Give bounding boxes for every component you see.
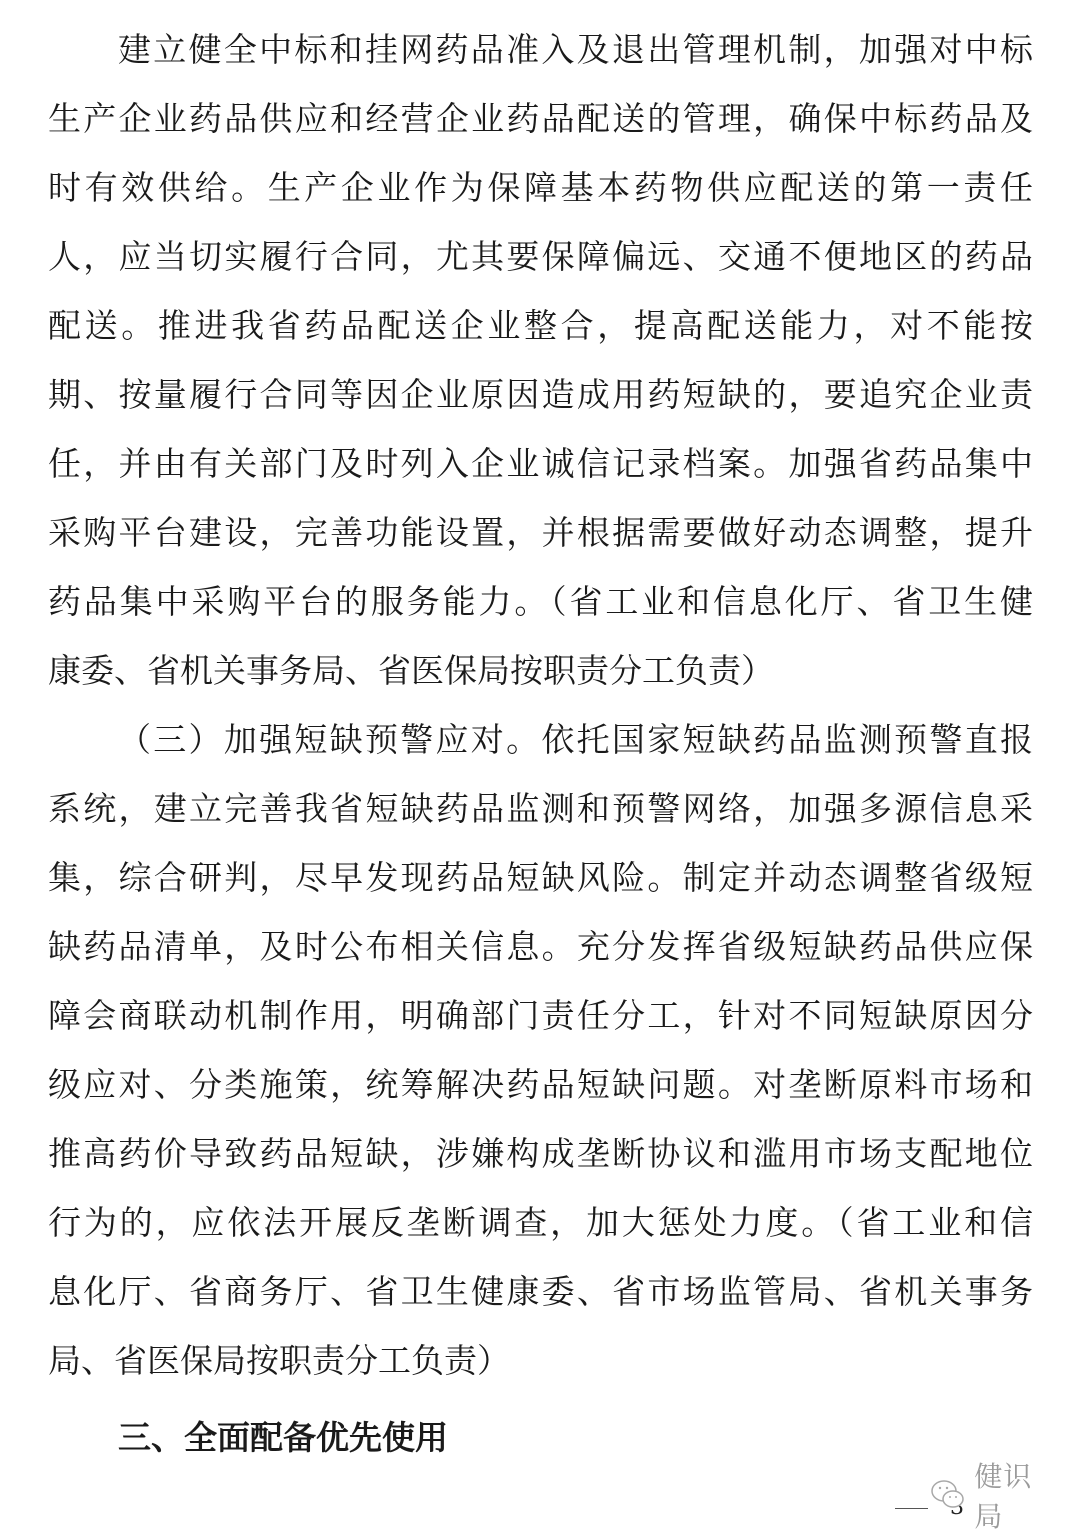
text-line: 障会商联动机制作用，明确部门责任分工，针对不同短缺原因分: [48, 986, 1033, 1046]
text-line: 集，综合研判，尽早发现药品短缺风险。制定并动态调整省级短: [48, 848, 1033, 908]
text-line: 期、按量履行合同等因企业原因造成用药短缺的，要追究企业责: [48, 365, 1033, 425]
wechat-icon: [928, 1475, 968, 1515]
text-line: （三）加强短缺预警应对。依托国家短缺药品监测预警直报: [118, 710, 1033, 770]
watermark-text: 健识局: [974, 1455, 1055, 1535]
text-line: 级应对、分类施策，统筹解决药品短缺问题。对垄断原料市场和: [48, 1055, 1033, 1115]
text-line: 建立健全中标和挂网药品准入及退出管理机制，加强对中标: [118, 20, 1033, 80]
text-line: 人，应当切实履行合同，尤其要保障偏远、交通不便地区的药品: [48, 227, 1033, 287]
text-line: 康委、省机关事务局、省医保局按职责分工负责）: [48, 641, 1033, 701]
text-line: 时有效供给。生产企业作为保障基本药物供应配送的第一责任: [48, 158, 1033, 218]
text-line: 配送。推进我省药品配送企业整合，提高配送能力，对不能按: [48, 296, 1033, 356]
document-page: 建立健全中标和挂网药品准入及退出管理机制，加强对中标 生产企业药品供应和经营企业…: [0, 0, 1080, 1536]
section-heading: 三、全面配备优先使用: [118, 1408, 1033, 1468]
text-line: 生产企业药品供应和经营企业药品配送的管理，确保中标药品及: [48, 89, 1033, 149]
text-line: 缺药品清单，及时公布相关信息。充分发挥省级短缺药品供应保: [48, 917, 1033, 977]
text-line: 息化厅、省商务厅、省卫生健康委、省市场监管局、省机关事务: [48, 1262, 1033, 1322]
footer-rule: [895, 1508, 928, 1509]
text-line: 局、省医保局按职责分工负责）: [48, 1331, 1033, 1391]
text-line: 采购平台建设，完善功能设置，并根据需要做好动态调整，提升: [48, 503, 1033, 563]
text-line: 任，并由有关部门及时列入企业诚信记录档案。加强省药品集中: [48, 434, 1033, 494]
text-line: 药品集中采购平台的服务能力。（省工业和信息化厅、省卫生健: [48, 572, 1033, 632]
text-line: 推高药价导致药品短缺，涉嫌构成垄断协议和滥用市场支配地位: [48, 1124, 1033, 1184]
text-line: 系统，建立完善我省短缺药品监测和预警网络，加强多源信息采: [48, 779, 1033, 839]
text-line: 行为的，应依法开展反垄断调查，加大惩处力度。（省工业和信: [48, 1193, 1033, 1253]
watermark: 健识局: [895, 1470, 1055, 1520]
